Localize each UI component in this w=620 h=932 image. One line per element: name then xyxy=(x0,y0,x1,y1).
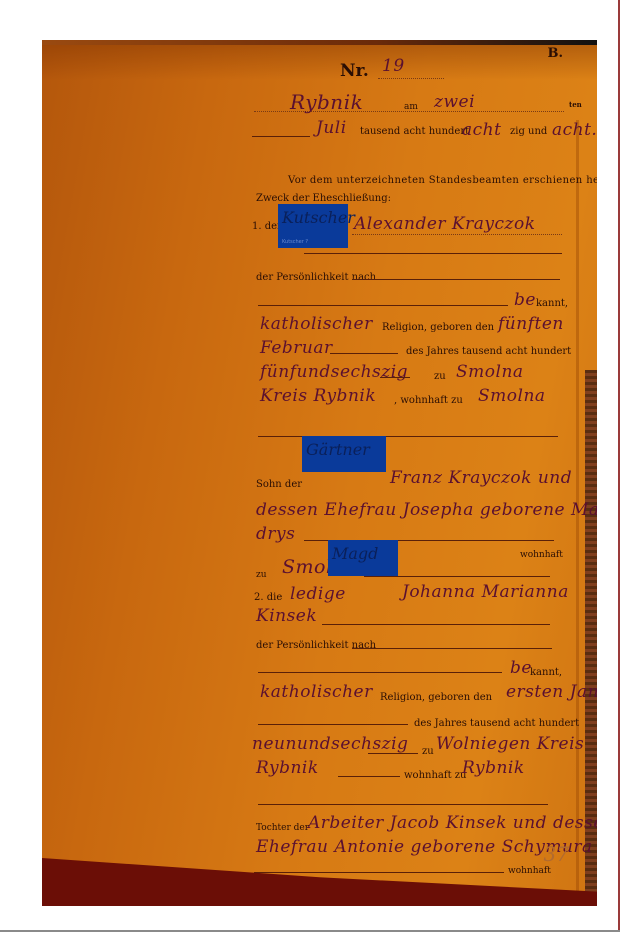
groom-parents-line-3: drys xyxy=(256,524,295,544)
annotation-label: Kutscher ? xyxy=(282,239,308,245)
groom-parents-residence-label: wohnhaft xyxy=(520,550,563,560)
redaction-box-groom-occupation[interactable]: Kutscher Kutscher ? xyxy=(278,204,348,248)
bride-religion: katholischer xyxy=(260,682,373,702)
groom-parents-zu: zu xyxy=(256,570,267,580)
redacted-text: Magd xyxy=(332,544,378,563)
redacted-text: Kutscher xyxy=(282,208,355,227)
rule xyxy=(252,136,310,137)
rule xyxy=(322,624,550,625)
bride-parents-prefix: Tochter der xyxy=(256,823,309,833)
bride-religion-label: Religion, geboren den xyxy=(380,692,492,703)
day-value: zwei xyxy=(434,92,475,112)
rule xyxy=(258,724,408,725)
bride-birth-year: neunundsechszig xyxy=(252,734,408,754)
redaction-box-father-occupation[interactable]: Gärtner xyxy=(302,436,386,472)
rule xyxy=(258,672,502,673)
bride-identity-label: der Persönlichkeit nach xyxy=(256,640,376,651)
bride-known: be xyxy=(510,658,532,678)
groom-year-label: des Jahres tausend acht hundert xyxy=(406,346,571,357)
unit-value: acht. xyxy=(552,120,597,140)
intro-line-2: Zweck der Eheschließung: xyxy=(256,193,391,204)
bride-year-label: des Jahres tausend acht hundert xyxy=(414,718,579,729)
groom-residence: Smolna xyxy=(478,386,546,406)
groom-parents-line-1: Franz Krayczok und xyxy=(390,468,572,488)
groom-name: Alexander Krayczok xyxy=(354,214,536,234)
groom-residence-label: , wohnhaft zu xyxy=(394,395,463,406)
bride-parents-residence-label: wohnhaft xyxy=(508,866,551,876)
bride-zu-label: zu xyxy=(422,746,434,757)
place-value: Rybnik xyxy=(290,90,363,114)
bride-prefix: 2. die xyxy=(254,592,282,603)
am-label: am xyxy=(404,102,418,112)
rule xyxy=(338,776,400,777)
record-label: Nr. xyxy=(340,61,369,81)
rule xyxy=(352,648,552,649)
bride-known-suffix: kannt, xyxy=(530,667,562,678)
rule xyxy=(352,279,560,280)
day-suffix: ten xyxy=(569,100,582,109)
groom-birth-place-2: Kreis Rybnik xyxy=(260,386,376,406)
groom-birth-month: Februar xyxy=(260,338,333,358)
record-number: 19 xyxy=(382,56,405,76)
document-page: B. Nr. 19 Rybnik am zwei ten Juli tausen… xyxy=(42,40,597,906)
groom-known-suffix: kannt, xyxy=(536,298,568,309)
month-value: Juli xyxy=(316,118,347,138)
page-top-edge xyxy=(42,40,597,45)
redacted-text: Gärtner xyxy=(306,440,370,459)
form-letter: B. xyxy=(547,46,563,61)
bride-status: ledige xyxy=(290,584,346,604)
rule xyxy=(378,78,444,79)
groom-known: be xyxy=(514,290,536,310)
groom-religion-label: Religion, geboren den xyxy=(382,322,494,333)
bride-parents-line-1: Arbeiter Jacob Kinsek und dessen xyxy=(308,813,597,833)
groom-parents-line-2: dessen Ehefrau Josepha geborene Man- xyxy=(256,500,597,520)
groom-zu-label: zu xyxy=(434,371,446,382)
rule xyxy=(254,872,504,873)
rule xyxy=(258,804,548,805)
redaction-box-bride-occupation[interactable]: Magd xyxy=(328,540,398,576)
rule xyxy=(368,753,418,754)
bride-residence-label: wohnhaft zu xyxy=(404,770,466,781)
bride-birth-place: Wolniegen Kreis xyxy=(436,734,584,754)
rule xyxy=(364,576,550,577)
groom-parents-prefix: Sohn der xyxy=(256,479,302,490)
bride-parents-line-2: Ehefrau Antonie geborene Schymura xyxy=(256,837,593,857)
groom-identity-label: der Persönlichkeit nach xyxy=(256,272,376,283)
bride-name-line-2: Kinsek xyxy=(256,606,317,626)
bride-birth-day: ersten Januar xyxy=(506,682,597,702)
bride-name-line-1: Johanna Marianna xyxy=(402,582,569,602)
bride-birth-place-2: Rybnik xyxy=(256,758,319,778)
groom-birth-place: Smolna xyxy=(456,362,524,382)
intro-line-1: Vor dem unterzeichneten Standesbeamten e… xyxy=(288,175,597,186)
rule xyxy=(352,234,562,235)
bride-residence: Rybnik xyxy=(462,758,525,778)
groom-birth-year: fünfundsechszig xyxy=(260,362,408,382)
decade-value: acht xyxy=(462,120,501,140)
groom-religion: katholischer xyxy=(260,314,373,334)
page-number: 37 xyxy=(544,842,569,866)
zig-und-label: zig und xyxy=(510,126,547,137)
rule xyxy=(258,305,508,306)
rule xyxy=(330,353,398,354)
rule xyxy=(380,377,410,378)
groom-birth-day: fünften xyxy=(498,314,564,334)
rule xyxy=(304,253,562,254)
year-print-label: tausend acht hundert xyxy=(360,126,469,137)
